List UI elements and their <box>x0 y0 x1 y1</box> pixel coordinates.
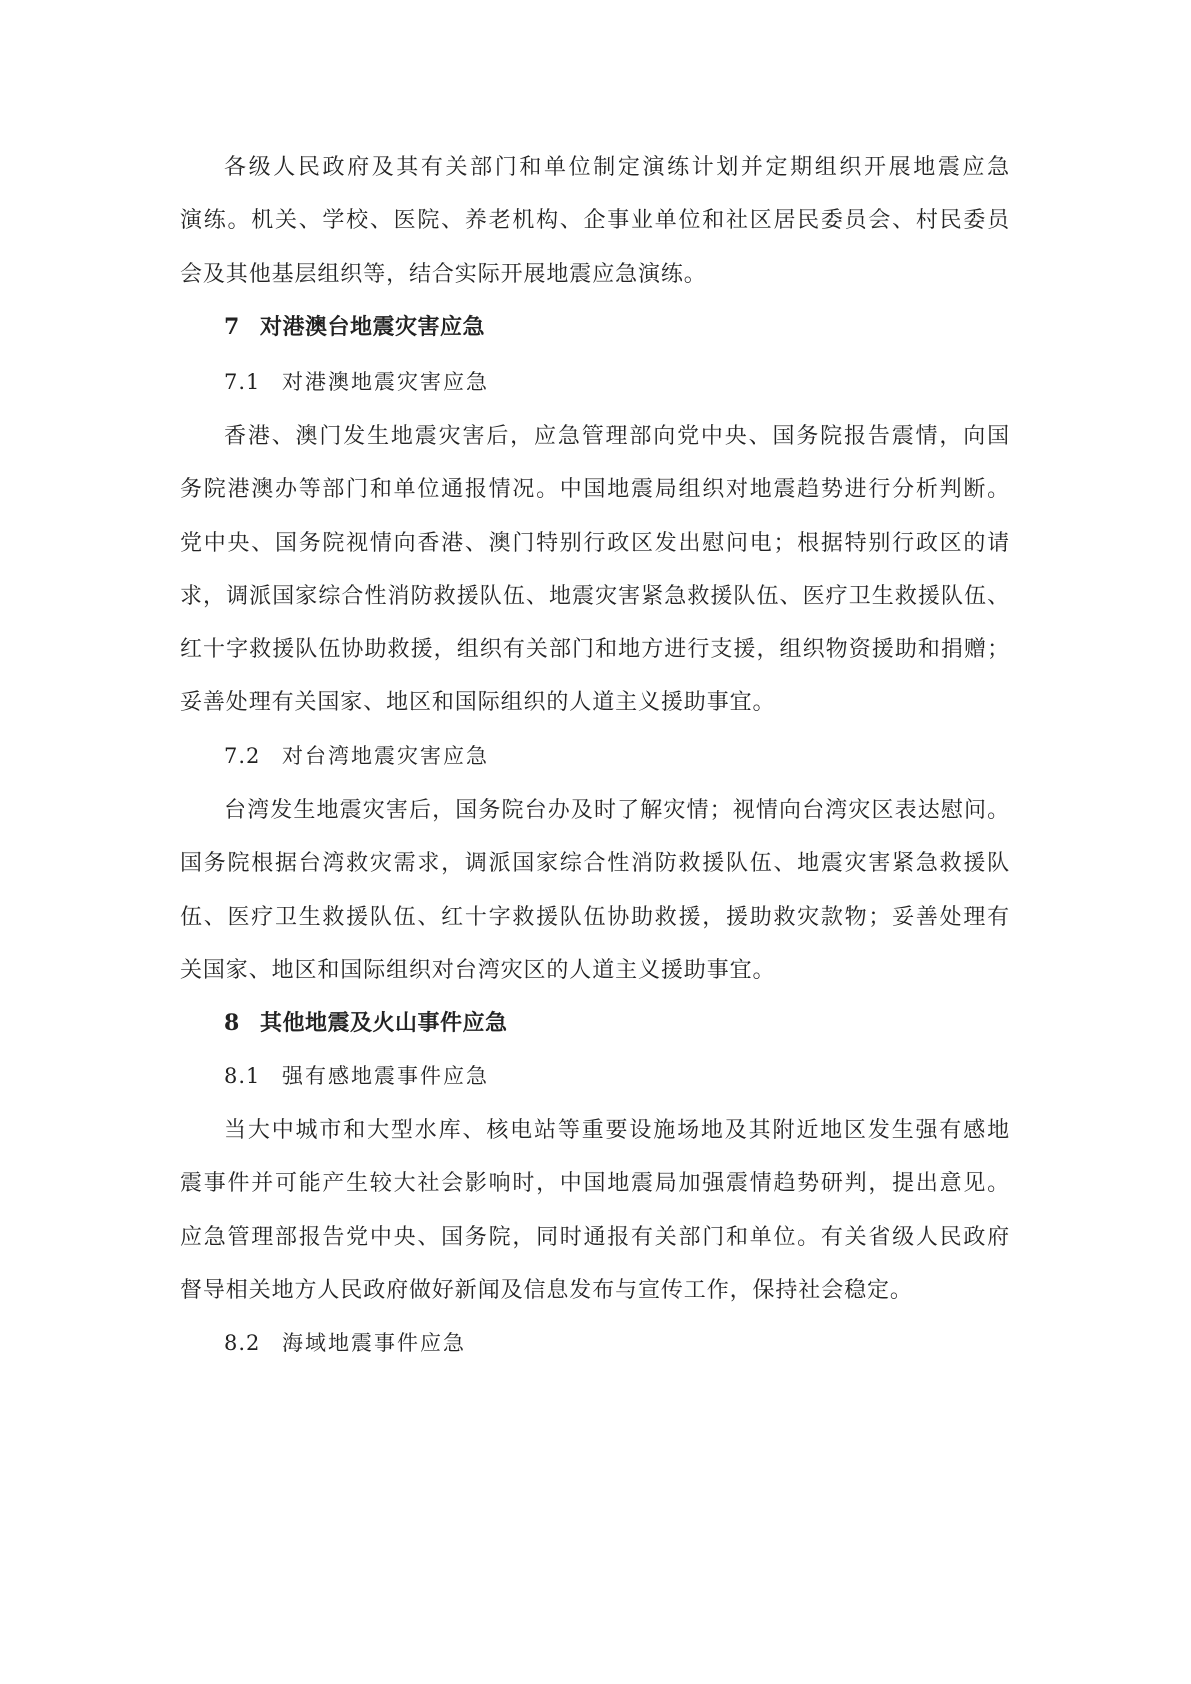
paragraph-line: 应急管理部报告党中央、国务院，同时通报有关部门和单位。有关省级人民政府 <box>180 1211 1010 1264</box>
section-heading-7: 7对港澳台地震灾害应急 <box>180 301 1054 354</box>
subsection-heading-8-2: 8.2海域地震事件应急 <box>180 1317 1054 1370</box>
section-number: 8 <box>224 997 260 1050</box>
paragraph-line: 务院港澳办等部门和单位通报情况。中国地震局组织对地震趋势进行分析判断。 <box>180 463 1010 516</box>
subsection-heading-7-2: 7.2对台湾地震灾害应急 <box>180 730 1054 783</box>
paragraph-line: 妥善处理有关国家、地区和国际组织的人道主义援助事宜。 <box>180 676 1010 729</box>
paragraph-line: 关国家、地区和国际组织对台湾灾区的人道主义援助事宜。 <box>180 944 1010 997</box>
subsection-number: 7.1 <box>224 356 282 409</box>
paragraph-line: 红十字救援队伍协助救援，组织有关部门和地方进行支援，组织物资援助和捐赠； <box>180 623 1010 676</box>
paragraph-line: 香港、澳门发生地震灾害后，应急管理部向党中央、国务院报告震情，向国 <box>180 410 1010 463</box>
paragraph-line: 演练。机关、学校、医院、养老机构、企事业单位和社区居民委员会、村民委员 <box>180 194 1010 247</box>
paragraph-drills: 各级人民政府及其有关部门和单位制定演练计划并定期组织开展地震应急 演练。机关、学… <box>180 141 1010 301</box>
paragraph-line: 党中央、国务院视情向香港、澳门特别行政区发出慰问电；根据特别行政区的请 <box>180 517 1010 570</box>
paragraph-line: 各级人民政府及其有关部门和单位制定演练计划并定期组织开展地震应急 <box>180 141 1010 194</box>
section-title: 对港澳台地震灾害应急 <box>260 314 485 340</box>
subsection-heading-8-1: 8.1强有感地震事件应急 <box>180 1050 1054 1103</box>
paragraph-line: 会及其他基层组织等，结合实际开展地震应急演练。 <box>180 248 1010 301</box>
subsection-title: 对台湾地震灾害应急 <box>282 744 489 768</box>
subsection-heading-7-1: 7.1对港澳地震灾害应急 <box>180 356 1054 409</box>
subsection-number: 8.1 <box>224 1050 282 1103</box>
paragraph-strong-felt-earthquake: 当大中城市和大型水库、核电站等重要设施场地及其附近地区发生强有感地 震事件并可能… <box>180 1104 1010 1317</box>
paragraph-hk-macao: 香港、澳门发生地震灾害后，应急管理部向党中央、国务院报告震情，向国 务院港澳办等… <box>180 410 1010 730</box>
document-page: 各级人民政府及其有关部门和单位制定演练计划并定期组织开展地震应急 演练。机关、学… <box>0 0 1191 1684</box>
section-number: 7 <box>224 301 260 354</box>
subsection-number: 7.2 <box>224 730 282 783</box>
paragraph-line: 当大中城市和大型水库、核电站等重要设施场地及其附近地区发生强有感地 <box>180 1104 1010 1157</box>
section-heading-8: 8其他地震及火山事件应急 <box>180 997 1054 1050</box>
paragraph-taiwan: 台湾发生地震灾害后，国务院台办及时了解灾情；视情向台湾灾区表达慰问。 国务院根据… <box>180 784 1010 997</box>
subsection-title: 对港澳地震灾害应急 <box>282 370 489 394</box>
paragraph-line: 督导相关地方人民政府做好新闻及信息发布与宣传工作，保持社会稳定。 <box>180 1264 1010 1317</box>
subsection-number: 8.2 <box>224 1317 282 1370</box>
paragraph-line: 震事件并可能产生较大社会影响时，中国地震局加强震情趋势研判，提出意见。 <box>180 1157 1010 1210</box>
subsection-title: 强有感地震事件应急 <box>282 1064 489 1088</box>
paragraph-line: 国务院根据台湾救灾需求，调派国家综合性消防救援队伍、地震灾害紧急救援队 <box>180 837 1010 890</box>
paragraph-line: 台湾发生地震灾害后，国务院台办及时了解灾情；视情向台湾灾区表达慰问。 <box>180 784 1010 837</box>
paragraph-line: 求，调派国家综合性消防救援队伍、地震灾害紧急救援队伍、医疗卫生救援队伍、 <box>180 570 1010 623</box>
section-title: 其他地震及火山事件应急 <box>260 1010 508 1036</box>
subsection-title: 海域地震事件应急 <box>282 1331 466 1355</box>
paragraph-line: 伍、医疗卫生救援队伍、红十字救援队伍协助救援，援助救灾款物；妥善处理有 <box>180 891 1010 944</box>
